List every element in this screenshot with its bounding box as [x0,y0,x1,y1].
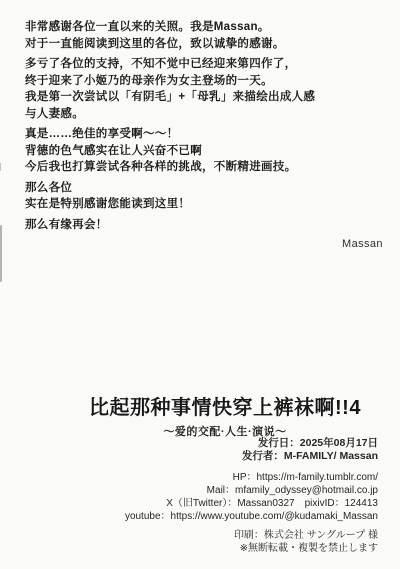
scan-edge-artifact [0,225,2,282]
afterword-line: 终于迎来了小姬乃的母亲作为女主登场的一天。 [25,73,385,90]
x-account: X（旧Twitter）：Massan0327 pixivID：124413 [125,497,378,510]
afterword-paragraph-5: 那么有缘再会！ [25,217,385,234]
book-title: 比起那种事情快穿上裤袜啊!!4 [55,391,395,420]
author-signature: Massan [342,238,383,250]
doujin-afterword-page: 非常感谢各位一直以来的关照。我是Massan。 对于一直能阅读到这里的各位，致以… [0,0,400,569]
afterword-paragraph-3: 真是……绝佳的享受啊～～！ 背德的色气感实在让人兴奋不已啊 今后我也打算尝试各种… [25,126,385,176]
colophon-publish-group: 发行日：2025年08月17日 发行者：M-FAMILY/ Massan [125,437,378,463]
afterword-line: 非常感谢各位一直以来的关照。我是Massan。 [25,19,385,36]
issue-date: 发行日：2025年08月17日 [125,437,378,450]
title-block: 比起那种事情快穿上裤袜啊!!4 ～爱的交配·人生·演说～ [55,391,395,439]
afterword-line: 实在是特别感谢您能读到这里！ [25,196,385,213]
mail-address: Mail：mfamily_odyssey@hotmail.co.jp [125,484,378,497]
afterword-paragraph-1: 非常感谢各位一直以来的关照。我是Massan。 对于一直能阅读到这里的各位，致以… [25,19,385,52]
publisher: 发行者：M-FAMILY/ Massan [125,450,378,463]
afterword-line: 背德的色气感实在让人兴奋不已啊 [25,143,385,160]
colophon-contact-group: HP：https://m-family.tumblr.com/ Mail：mfa… [125,471,378,523]
colophon: 发行日：2025年08月17日 发行者：M-FAMILY/ Massan HP：… [125,437,378,555]
afterword-line: 多亏了各位的支持，不知不觉中已经迎来第四作了， [25,56,385,73]
afterword-line: 今后我也打算尝试各种各样的挑战，不断精进画技。 [25,159,385,176]
afterword-paragraph-2: 多亏了各位的支持，不知不觉中已经迎来第四作了， 终于迎来了小姬乃的母亲作为女主登… [25,56,385,122]
afterword-line: 对于一直能阅读到这里的各位，致以诚挚的感谢。 [25,36,385,53]
printer: 印刷：株式会社 サングループ 様 [125,529,378,542]
colophon-print-group: 印刷：株式会社 サングループ 様 ※無断転載・複製を禁止します [125,529,378,555]
afterword-line: 我是第一次尝试以「有阴毛」+「母乳」来描绘出成人感 [25,89,385,106]
homepage-url: HP：https://m-family.tumblr.com/ [125,471,378,484]
afterword-paragraph-4: 那么各位 实在是特别感谢您能读到这里！ [25,180,385,213]
afterword-line: 与人妻感。 [25,106,385,123]
afterword-line: 那么有缘再会！ [25,217,385,234]
scan-edge-speck [0,163,1,171]
afterword-line: 真是……绝佳的享受啊～～！ [25,126,385,143]
youtube-url: youtube：https://www.youtube.com/@kudamak… [125,510,378,523]
afterword-line: 那么各位 [25,180,385,197]
copyright-notice: ※無断転載・複製を禁止します [125,542,378,555]
afterword-text: 非常感谢各位一直以来的关照。我是Massan。 对于一直能阅读到这里的各位，致以… [25,19,385,237]
